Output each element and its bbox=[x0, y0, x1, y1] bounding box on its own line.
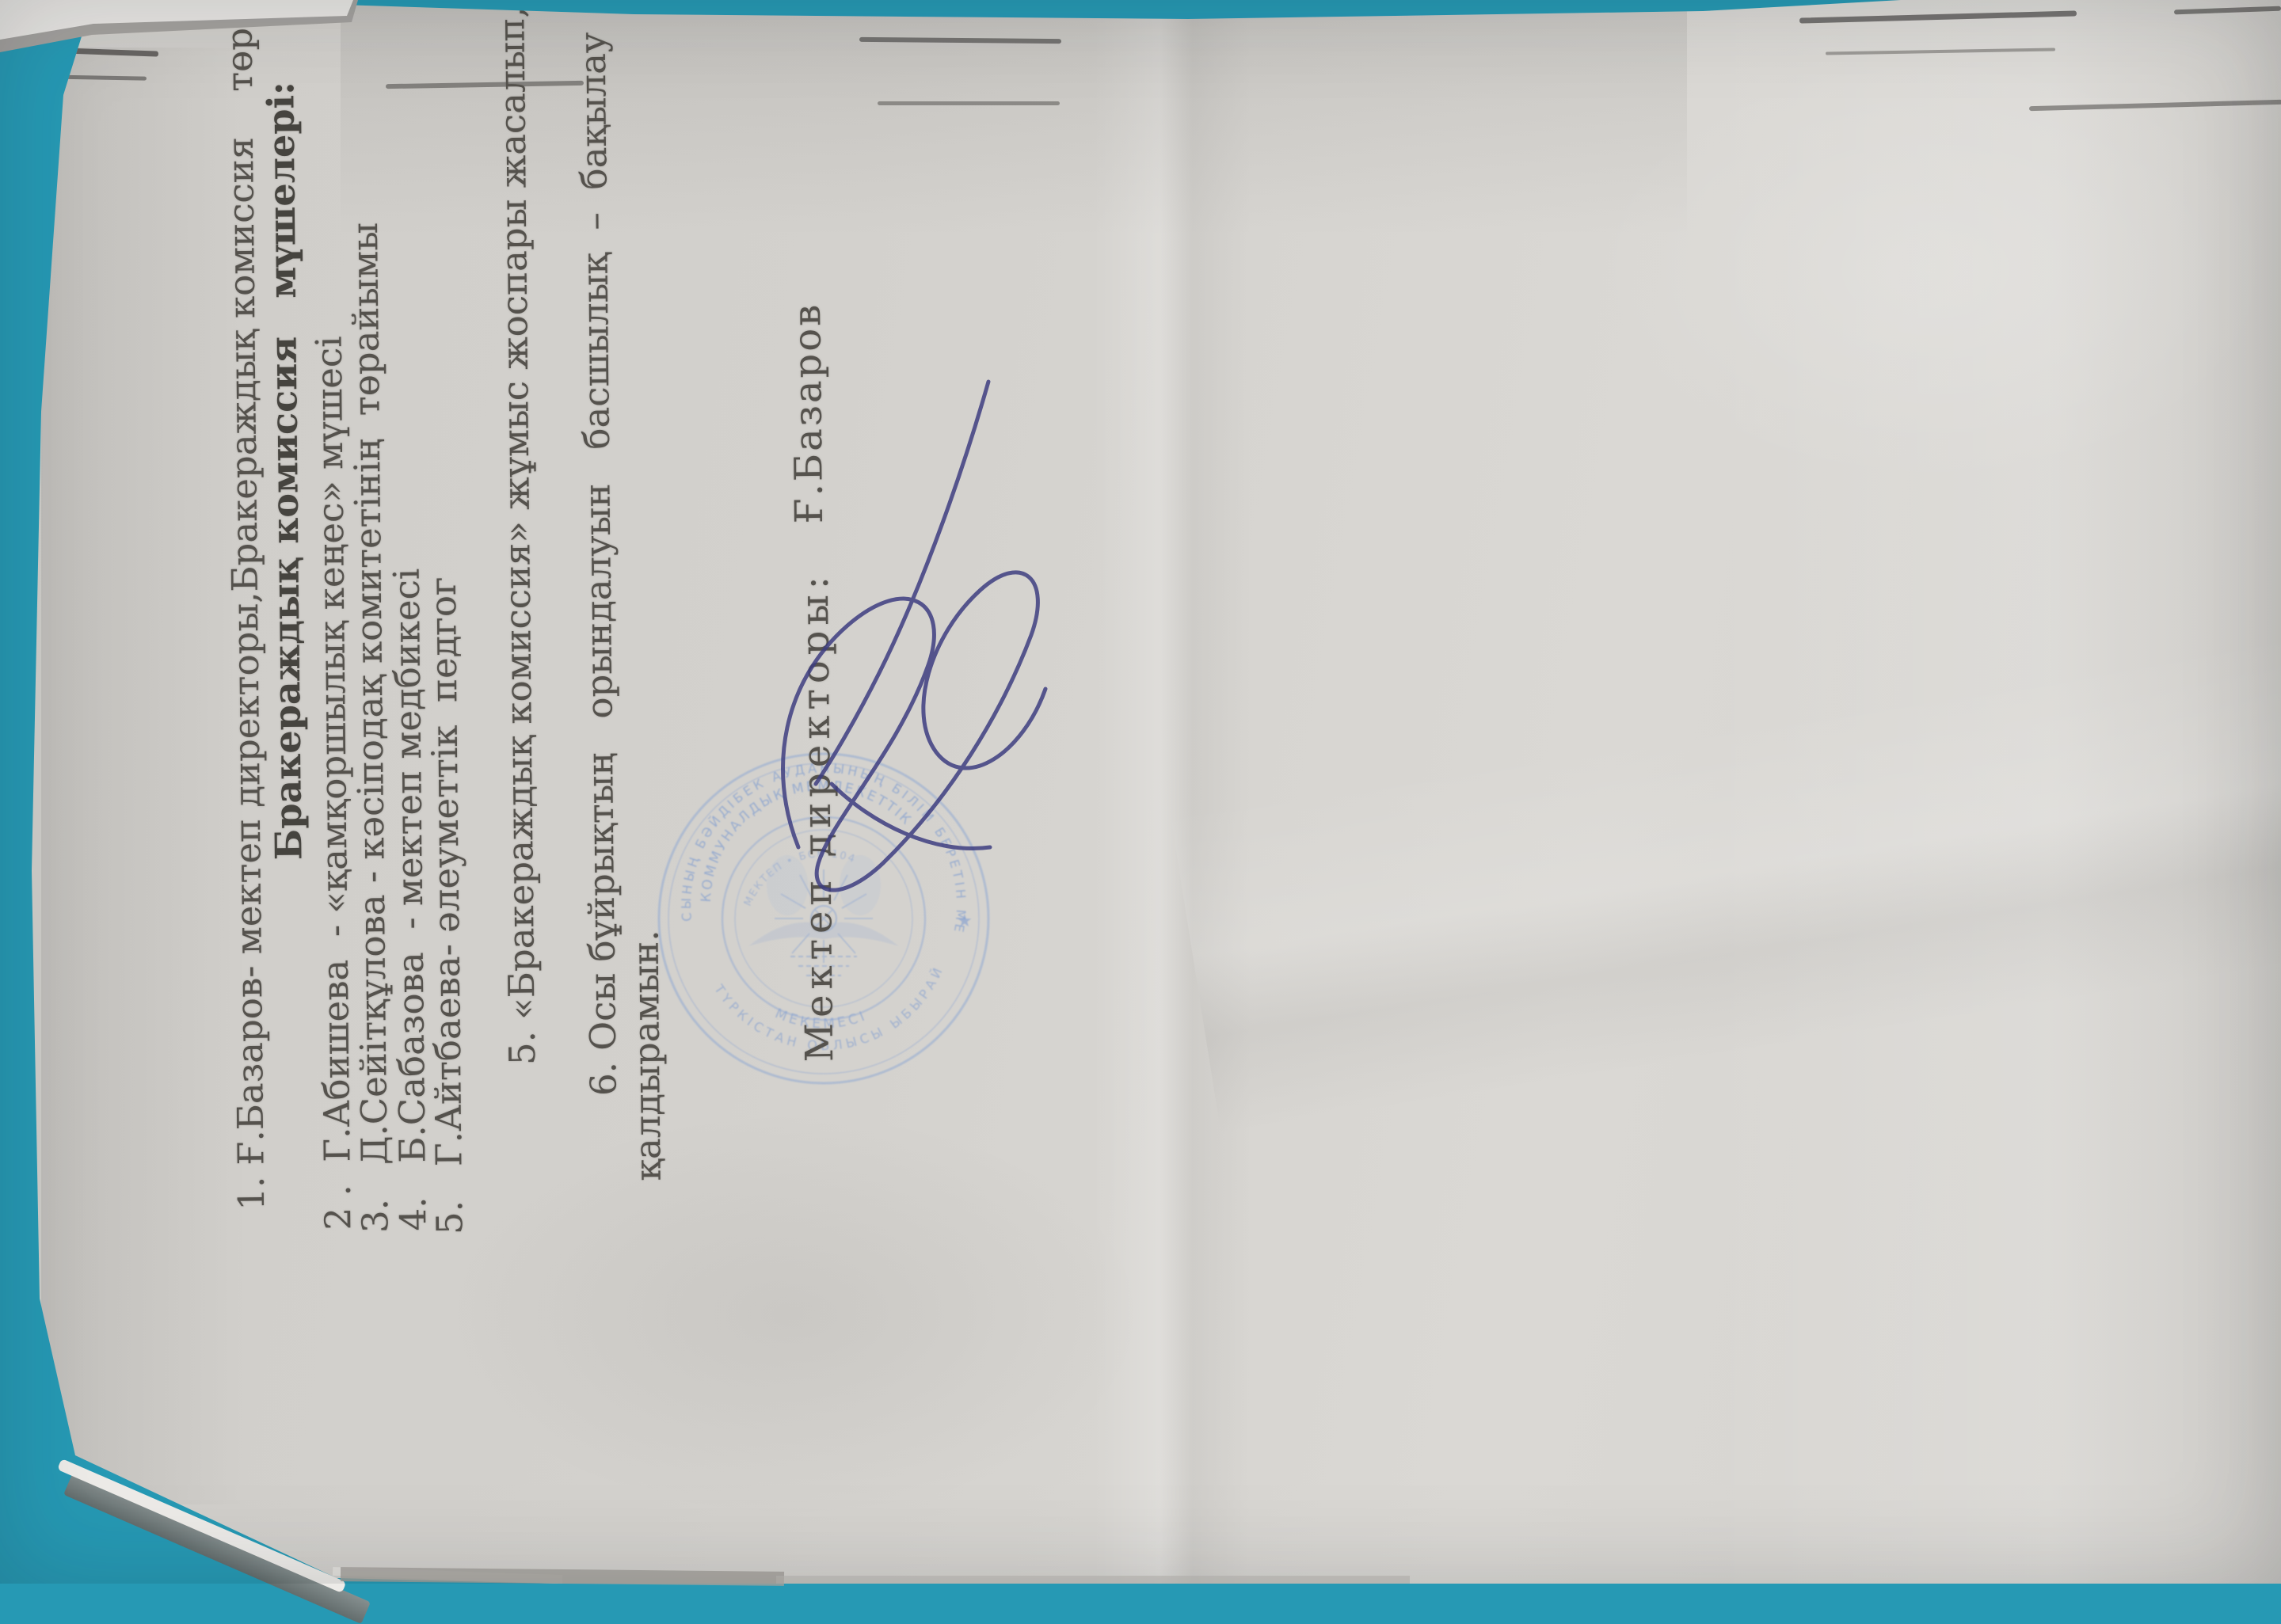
photo-of-document: СЫНЫҢ БӘЙДІБЕК АУДАНЫНЫҢ БІЛІМ БЕРЕТІН М… bbox=[0, 0, 2281, 1584]
signature bbox=[729, 340, 1061, 958]
document-text-block: 1. Ғ.Базаров- мектеп директоры,Бракеражд… bbox=[0, 0, 2281, 1584]
doc-line-clause-6-cont: қалдырамын. bbox=[624, 930, 668, 1181]
paper-sheet: СЫНЫҢ БӘЙДІБЕК АУДАНЫНЫҢ БІЛІМ БЕРЕТІН М… bbox=[0, 0, 2281, 1584]
page-stack-edge bbox=[776, 1576, 1410, 1584]
doc-line-item-5: 5. Г.Айтбаева- әлеуметтік педгог bbox=[422, 576, 471, 1234]
doc-line-members-heading: Бракераждық комиссия мүшелері: bbox=[259, 82, 310, 861]
doc-line-clause-6: 6. Осы бұйрықтың орындалуын басшылық – б… bbox=[568, 0, 624, 1096]
doc-line-clause-5: 5. «Бракераждық комиссия» жұмыс жоспары … bbox=[489, 0, 543, 1065]
